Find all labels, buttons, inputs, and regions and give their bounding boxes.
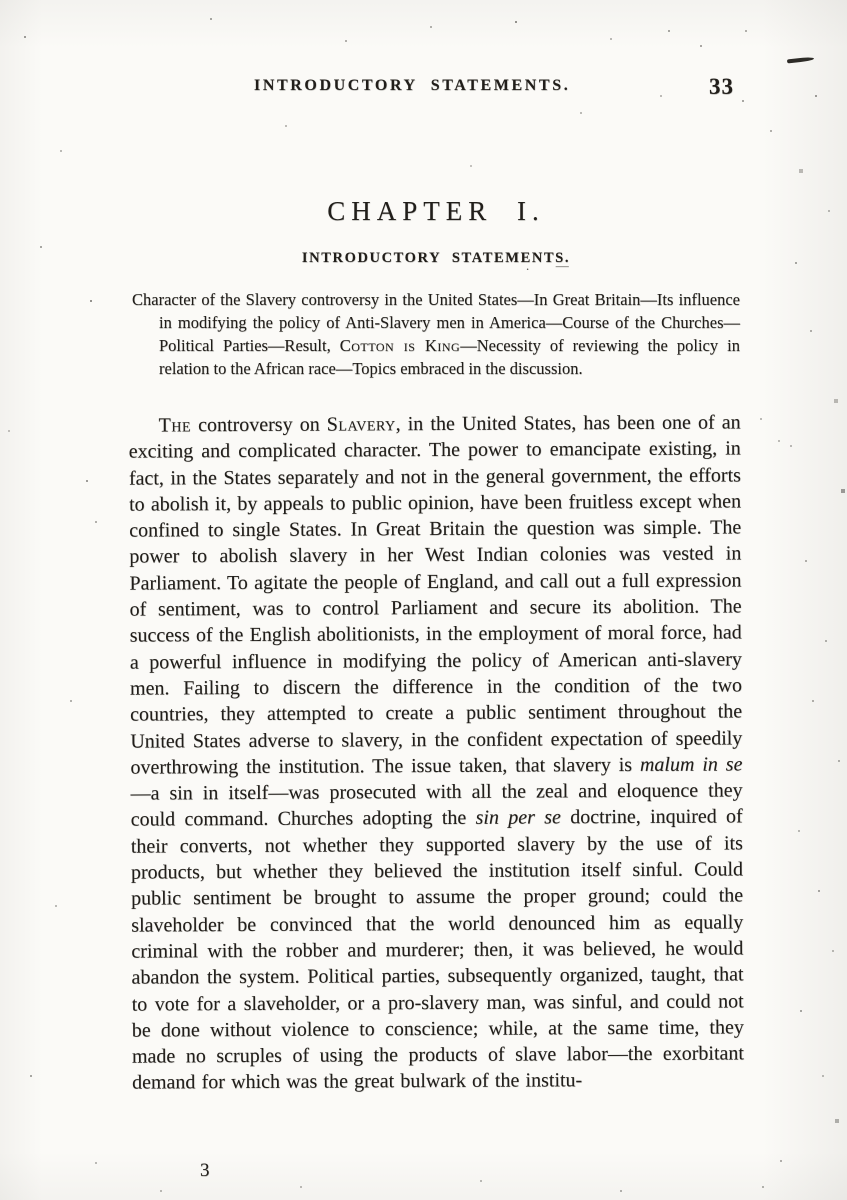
- scan-artifact-dash: [787, 57, 814, 64]
- chapter-synopsis: Character of the Slavery controversy in …: [132, 288, 740, 380]
- text-segment: malum in se: [640, 753, 743, 776]
- signature-mark: 3: [200, 1160, 210, 1182]
- chapter-title: CHAPTER I.: [130, 196, 742, 227]
- page-content: CHAPTER I. INTRODUCTORY STATEMENTS. . — …: [130, 0, 742, 1200]
- body-paragraph: The controversy on Slavery, in the Unite…: [129, 409, 745, 1096]
- text-segment: controversy on: [191, 414, 327, 437]
- text-segment: Slavery: [327, 413, 396, 435]
- chapter-subtitle: INTRODUCTORY STATEMENTS.: [130, 250, 742, 267]
- scan-artifact-marks: . —: [526, 258, 579, 274]
- text-segment: The: [159, 414, 192, 436]
- text-segment: doctrine, inquired of their converts, no…: [131, 806, 744, 1094]
- text-segment: sin per se: [476, 807, 561, 829]
- scan-noise-speckles: [0, 0, 2, 2]
- text-segment: Cotton is King: [340, 336, 460, 355]
- book-page: INTRODUCTORY STATEMENTS. 33 CHAPTER I. I…: [0, 0, 847, 1200]
- text-segment: , in the United States, has been one of …: [129, 411, 743, 778]
